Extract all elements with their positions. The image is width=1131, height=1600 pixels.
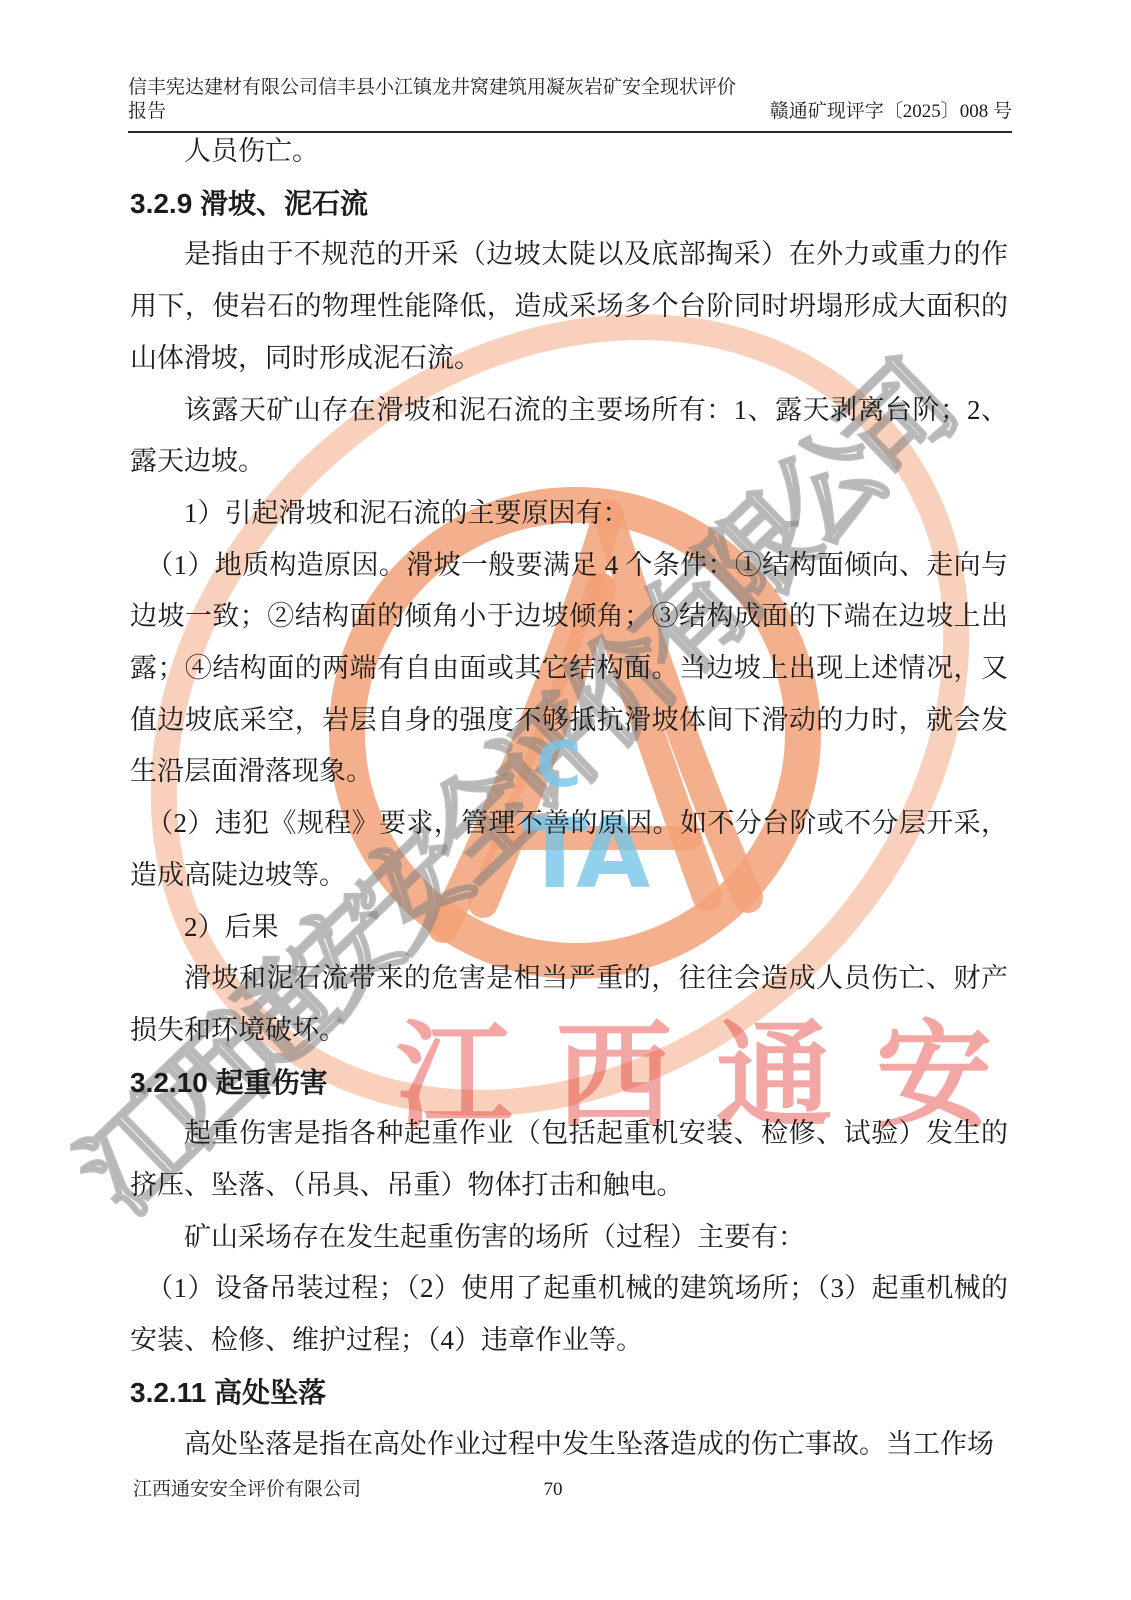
page-footer: 江西通安安全评价有限公司 70 xyxy=(133,1478,1003,1502)
paragraph: 该露天矿山存在滑坡和泥石流的主要场所有：1、露天剥离台阶；2、露天边坡。 xyxy=(130,385,1008,488)
paragraph: 起重伤害是指各种起重作业（包括起重机安装、检修、试验）发生的挤压、坠落、（吊具、… xyxy=(130,1108,1008,1211)
paragraph: （1）设备吊装过程；（2）使用了起重机械的建筑场所；（3）起重机械的安装、检修、… xyxy=(130,1263,1008,1366)
paragraph: 人员伤亡。 xyxy=(130,126,1008,178)
header-doc-number: 赣通矿现评字〔2025〕008 号 xyxy=(740,100,1012,124)
document-page: 江西通安安全评价有限公司 C TA 江西通安 信丰宪达建材有限公司信丰县小江镇龙… xyxy=(0,0,1131,1600)
header-report-title: 信丰宪达建材有限公司信丰县小江镇龙井窝建筑用凝灰岩矿安全现状评价报告 xyxy=(128,76,740,124)
page-number: 70 xyxy=(133,1478,973,1502)
paragraph: 1）引起滑坡和泥石流的主要原因有： xyxy=(130,488,1008,540)
section-heading: 3.2.11 高处坠落 xyxy=(130,1367,1008,1419)
document-body: 人员伤亡。3.2.9 滑坡、泥石流是指由于不规范的开采（边坡太陡以及底部掏采）在… xyxy=(130,126,1008,1470)
page-header: 信丰宪达建材有限公司信丰县小江镇龙井窝建筑用凝灰岩矿安全现状评价报告 赣通矿现评… xyxy=(128,76,1012,133)
paragraph: 滑坡和泥石流带来的危害是相当严重的，往往会造成人员伤亡、财产损失和环境破坏。 xyxy=(130,953,1008,1056)
paragraph: 矿山采场存在发生起重伤害的场所（过程）主要有： xyxy=(130,1212,1008,1264)
paragraph: （2）违犯《规程》要求，管理不善的原因。如不分台阶或不分层开采，造成高陡边坡等。 xyxy=(130,798,1008,901)
section-heading: 3.2.10 起重伤害 xyxy=(130,1057,1008,1109)
paragraph: 高处坠落是指在高处作业过程中发生坠落造成的伤亡事故。当工作场 xyxy=(130,1419,1008,1471)
paragraph: 2）后果 xyxy=(130,902,1008,954)
paragraph: 是指由于不规范的开采（边坡太陡以及底部掏采）在外力或重力的作用下，使岩石的物理性… xyxy=(130,229,1008,384)
paragraph: （1）地质构造原因。滑坡一般要满足 4 个条件：①结构面倾向、走向与边坡一致；②… xyxy=(130,540,1008,799)
section-heading: 3.2.9 滑坡、泥石流 xyxy=(130,178,1008,230)
